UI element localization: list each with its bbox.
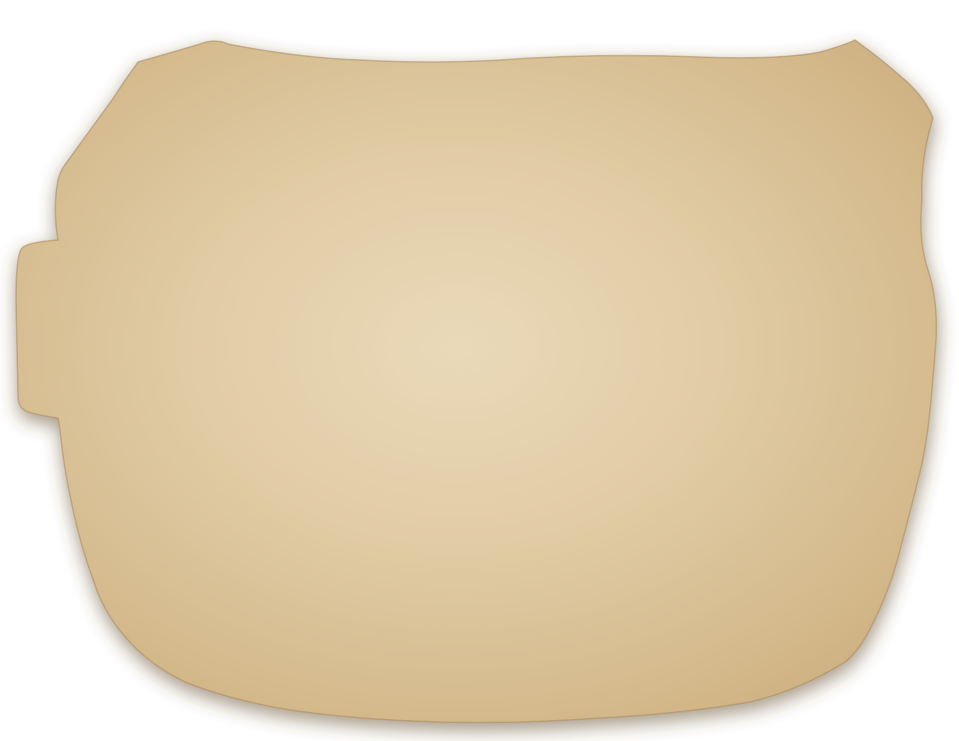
stain-spot — [28, 121, 33, 125]
photo-canvas: 3283293303313323333343353363373383393403… — [0, 0, 959, 741]
sheet-edge-rim — [16, 40, 936, 723]
parchment-plat-map-photo: 3283293303313323333343353363373383393403… — [0, 0, 959, 741]
